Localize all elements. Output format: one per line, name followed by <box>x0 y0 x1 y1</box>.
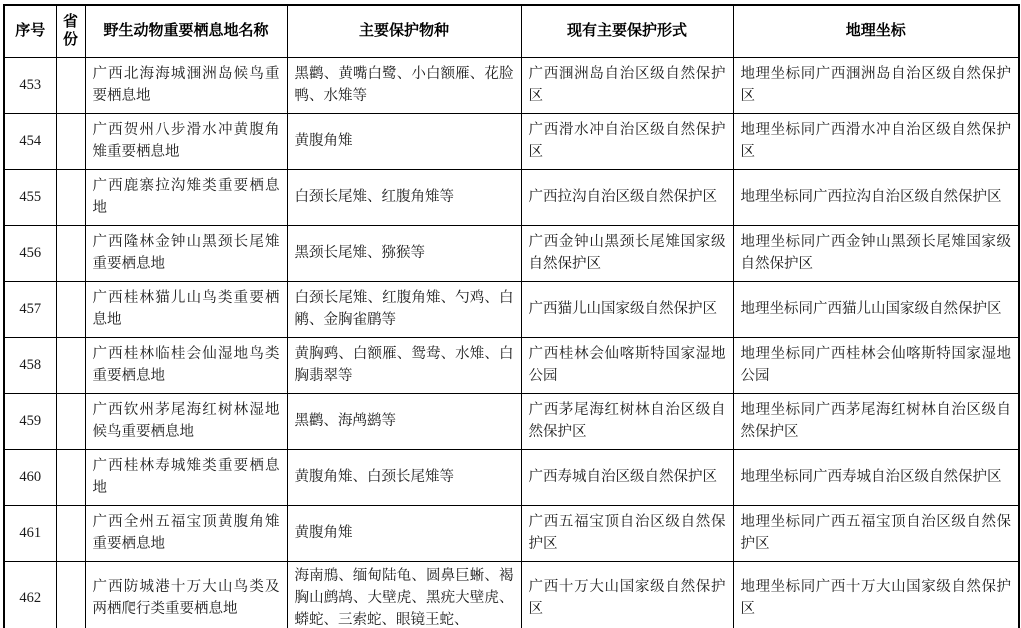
province-cell <box>56 561 85 628</box>
protection-cell: 广西猫儿山国家级自然保护区 <box>521 281 733 337</box>
table-row: 459广西钦州茅尾海红树林湿地候鸟重要栖息地黑鹳、海鸬鹚等广西茅尾海红树林自治区… <box>4 393 1019 449</box>
species-cell: 白颈长尾雉、红腹角雉、勺鸡、白鹇、金胸雀鹛等 <box>287 281 521 337</box>
protection-cell: 广西金钟山黑颈长尾雉国家级自然保护区 <box>521 225 733 281</box>
habitat-cell: 广西防城港十万大山鸟类及两栖爬行类重要栖息地 <box>85 561 287 628</box>
table-body: 453广西北海海城涠洲岛候鸟重要栖息地黑鹳、黄嘴白鹭、小白额雁、花脸鸭、水雉等广… <box>4 57 1019 628</box>
coordinates-cell: 地理坐标同广西茅尾海红树林自治区级自然保护区 <box>733 393 1019 449</box>
serial-cell: 458 <box>4 337 56 393</box>
serial-cell: 460 <box>4 449 56 505</box>
province-cell <box>56 225 85 281</box>
table-row: 453广西北海海城涠洲岛候鸟重要栖息地黑鹳、黄嘴白鹭、小白额雁、花脸鸭、水雉等广… <box>4 57 1019 113</box>
protection-cell: 广西桂林会仙喀斯特国家湿地公园 <box>521 337 733 393</box>
table-row: 456广西隆林金钟山黑颈长尾雉重要栖息地黑颈长尾雉、猕猴等广西金钟山黑颈长尾雉国… <box>4 225 1019 281</box>
habitat-cell: 广西桂林猫儿山鸟类重要栖息地 <box>85 281 287 337</box>
coordinates-cell: 地理坐标同广西涠洲岛自治区级自然保护区 <box>733 57 1019 113</box>
table-row: 462广西防城港十万大山鸟类及两栖爬行类重要栖息地海南鳽、缅甸陆龟、圆鼻巨蜥、褐… <box>4 561 1019 628</box>
serial-cell: 454 <box>4 113 56 169</box>
table-row: 460广西桂林寿城雉类重要栖息地黄腹角雉、白颈长尾雉等广西寿城自治区级自然保护区… <box>4 449 1019 505</box>
habitat-cell: 广西贺州八步滑水冲黄腹角雉重要栖息地 <box>85 113 287 169</box>
province-cell <box>56 113 85 169</box>
coordinates-cell: 地理坐标同广西十万大山国家级自然保护区 <box>733 561 1019 628</box>
habitat-cell: 广西桂林寿城雉类重要栖息地 <box>85 449 287 505</box>
serial-cell: 457 <box>4 281 56 337</box>
document-page: 序号 省份 野生动物重要栖息地名称 主要保护物种 现有主要保护形式 地理坐标 4… <box>0 0 1021 628</box>
serial-cell: 456 <box>4 225 56 281</box>
coordinates-cell: 地理坐标同广西猫儿山国家级自然保护区 <box>733 281 1019 337</box>
serial-cell: 455 <box>4 169 56 225</box>
species-cell: 黑鹳、黄嘴白鹭、小白额雁、花脸鸭、水雉等 <box>287 57 521 113</box>
serial-cell: 462 <box>4 561 56 628</box>
province-cell <box>56 57 85 113</box>
coordinates-cell: 地理坐标同广西滑水冲自治区级自然保护区 <box>733 113 1019 169</box>
habitat-cell: 广西北海海城涠洲岛候鸟重要栖息地 <box>85 57 287 113</box>
serial-cell: 461 <box>4 505 56 561</box>
habitat-cell: 广西鹿寨拉沟雉类重要栖息地 <box>85 169 287 225</box>
table-row: 458广西桂林临桂会仙湿地鸟类重要栖息地黄胸鹀、白额雁、鸳鸯、水雉、白胸翡翠等广… <box>4 337 1019 393</box>
header-geo-coordinates: 地理坐标 <box>733 5 1019 57</box>
species-cell: 黄腹角雉 <box>287 505 521 561</box>
province-cell <box>56 449 85 505</box>
protection-cell: 广西拉沟自治区级自然保护区 <box>521 169 733 225</box>
species-cell: 黄胸鹀、白额雁、鸳鸯、水雉、白胸翡翠等 <box>287 337 521 393</box>
header-province: 省份 <box>56 5 85 57</box>
habitat-cell: 广西隆林金钟山黑颈长尾雉重要栖息地 <box>85 225 287 281</box>
serial-cell: 453 <box>4 57 56 113</box>
protection-cell: 广西茅尾海红树林自治区级自然保护区 <box>521 393 733 449</box>
province-cell <box>56 169 85 225</box>
coordinates-cell: 地理坐标同广西金钟山黑颈长尾雉国家级自然保护区 <box>733 225 1019 281</box>
province-cell <box>56 337 85 393</box>
table-row: 457广西桂林猫儿山鸟类重要栖息地白颈长尾雉、红腹角雉、勺鸡、白鹇、金胸雀鹛等广… <box>4 281 1019 337</box>
species-cell: 黄腹角雉 <box>287 113 521 169</box>
protection-cell: 广西涠洲岛自治区级自然保护区 <box>521 57 733 113</box>
coordinates-cell: 地理坐标同广西桂林会仙喀斯特国家湿地公园 <box>733 337 1019 393</box>
table-row: 454广西贺州八步滑水冲黄腹角雉重要栖息地黄腹角雉广西滑水冲自治区级自然保护区地… <box>4 113 1019 169</box>
species-cell: 黑鹳、海鸬鹚等 <box>287 393 521 449</box>
species-cell: 白颈长尾雉、红腹角雉等 <box>287 169 521 225</box>
header-habitat-name: 野生动物重要栖息地名称 <box>85 5 287 57</box>
protection-cell: 广西寿城自治区级自然保护区 <box>521 449 733 505</box>
coordinates-cell: 地理坐标同广西五福宝顶自治区级自然保护区 <box>733 505 1019 561</box>
coordinates-cell: 地理坐标同广西拉沟自治区级自然保护区 <box>733 169 1019 225</box>
habitat-cell: 广西全州五福宝顶黄腹角雉重要栖息地 <box>85 505 287 561</box>
wildlife-habitat-table: 序号 省份 野生动物重要栖息地名称 主要保护物种 现有主要保护形式 地理坐标 4… <box>3 4 1020 628</box>
species-cell: 海南鳽、缅甸陆龟、圆鼻巨蜥、褐胸山鹧鸪、大壁虎、黑疣大壁虎、蟒蛇、三索蛇、眼镜王… <box>287 561 521 628</box>
province-cell <box>56 393 85 449</box>
protection-cell: 广西十万大山国家级自然保护区 <box>521 561 733 628</box>
serial-cell: 459 <box>4 393 56 449</box>
header-serial: 序号 <box>4 5 56 57</box>
header-row: 序号 省份 野生动物重要栖息地名称 主要保护物种 现有主要保护形式 地理坐标 <box>4 5 1019 57</box>
province-cell <box>56 505 85 561</box>
table-header: 序号 省份 野生动物重要栖息地名称 主要保护物种 现有主要保护形式 地理坐标 <box>4 5 1019 57</box>
table-row: 461广西全州五福宝顶黄腹角雉重要栖息地黄腹角雉广西五福宝顶自治区级自然保护区地… <box>4 505 1019 561</box>
habitat-cell: 广西钦州茅尾海红树林湿地候鸟重要栖息地 <box>85 393 287 449</box>
province-cell <box>56 281 85 337</box>
protection-cell: 广西五福宝顶自治区级自然保护区 <box>521 505 733 561</box>
species-cell: 黄腹角雉、白颈长尾雉等 <box>287 449 521 505</box>
coordinates-cell: 地理坐标同广西寿城自治区级自然保护区 <box>733 449 1019 505</box>
header-protection-form: 现有主要保护形式 <box>521 5 733 57</box>
table-row: 455广西鹿寨拉沟雉类重要栖息地白颈长尾雉、红腹角雉等广西拉沟自治区级自然保护区… <box>4 169 1019 225</box>
habitat-cell: 广西桂林临桂会仙湿地鸟类重要栖息地 <box>85 337 287 393</box>
protection-cell: 广西滑水冲自治区级自然保护区 <box>521 113 733 169</box>
species-cell: 黑颈长尾雉、猕猴等 <box>287 225 521 281</box>
header-protected-species: 主要保护物种 <box>287 5 521 57</box>
